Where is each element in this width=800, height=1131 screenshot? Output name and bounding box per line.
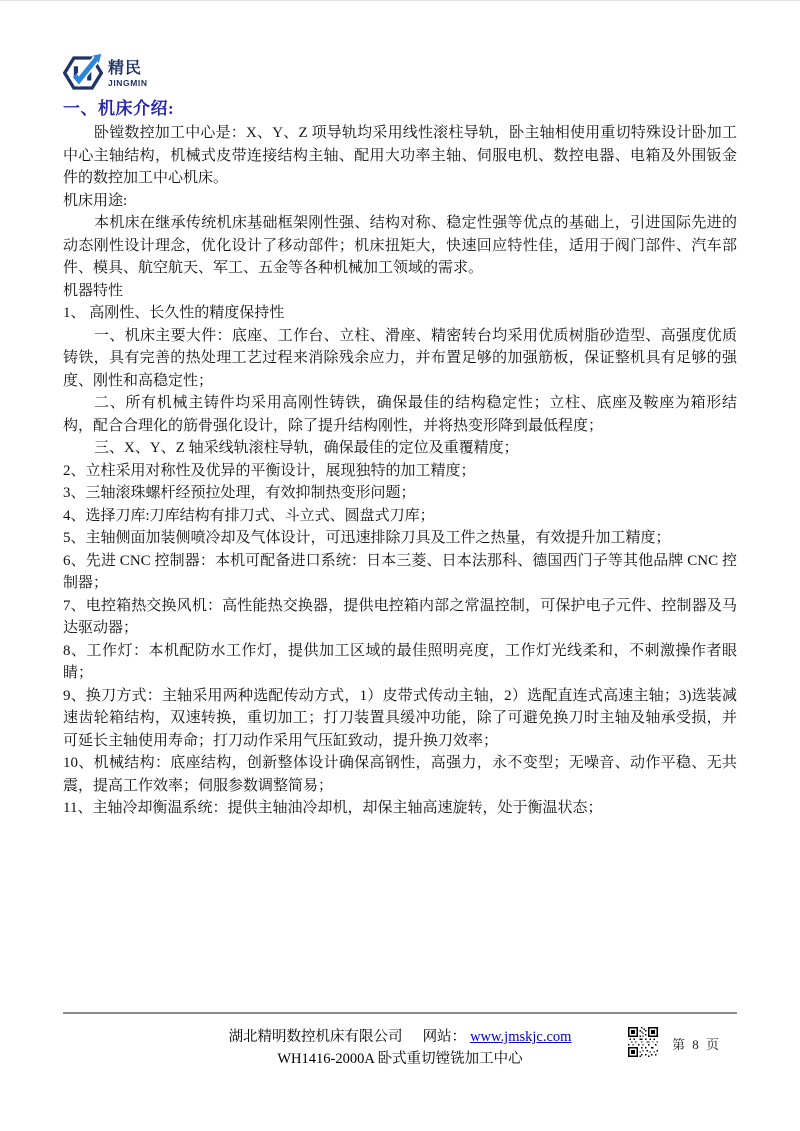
page-number: 第 8 页 (672, 1034, 721, 1053)
feature-item-3: 3、三轴滚珠螺杆经预拉处理，有效抑制热变形问题； (63, 482, 737, 505)
document-body: 卧镗数控加工中心是：X、Y、Z 项导轨均采用线性滚柱导轨，卧主轴相使用重切特殊设… (63, 122, 737, 820)
feature-item-10: 10、机械结构：底座结构，创新整体设计确保高钢性，高强力，永不变型；无噪音、动作… (63, 752, 737, 797)
feature-item-11: 11、主轴冷却衡温系统：提供主轴油冷却机，却保主轴高速旋转，处于衡温状态； (63, 797, 737, 820)
footer-company-name: 湖北精明数控机床有限公司 (229, 1029, 403, 1045)
feature-item-8: 8、工作灯：本机配防水工作灯，提供加工区域的最佳照明亮度，工作灯光线柔和，不刺激… (63, 640, 737, 685)
jingmin-hexagon-logo-icon (63, 53, 103, 93)
feature-item-7: 7、电控箱热交换风机：高性能热交换器，提供电控箱内部之常温控制，可保护电子元件、… (63, 595, 737, 640)
label-machine-usage: 机床用途: (63, 190, 737, 213)
section-heading: 一、机床介绍: (63, 94, 174, 119)
feature-item-9: 9、换刀方式：主轴采用两种选配传动方式，1）皮带式传动主轴，2）选配直连式高速主… (63, 685, 737, 753)
footer-website-link[interactable]: www.jmskjc.com (470, 1029, 571, 1045)
footer-website-label: 网站： (423, 1029, 467, 1045)
qr-code (628, 1027, 658, 1057)
footer-divider (63, 1012, 737, 1014)
brand-name-en: JINGMIN (108, 79, 148, 88)
feature-item-4: 4、选择刀库:刀库结构有排刀式、斗立式、圆盘式刀库； (63, 505, 737, 528)
feature-item-6: 6、先进 CNC 控制器：本机可配备进口系统：日本三菱、日本法那科、德国西门子等… (63, 550, 737, 595)
feature-sub-item-a: 一、机床主要大件：底座、工作台、立柱、滑座、精密转台均采用优质树脂砂造型、高强度… (63, 325, 737, 393)
paragraph-intro: 卧镗数控加工中心是：X、Y、Z 项导轨均采用线性滚柱导轨，卧主轴相使用重切特殊设… (63, 122, 737, 190)
document-page: 精民 JINGMIN 一、机床介绍: 卧镗数控加工中心是：X、Y、Z 项导轨均采… (0, 0, 800, 1131)
paragraph-usage: 本机床在继承传统机床基础框架刚性强、结构对称、稳定性强等优点的基础上，引进国际先… (63, 212, 737, 280)
company-logo: 精民 JINGMIN (63, 53, 148, 93)
feature-item-1: 1、 高刚性、长久性的精度保持性 (63, 302, 737, 325)
feature-sub-item-c: 三、X、Y、Z 轴采线轨滚柱导轨，确保最佳的定位及重覆精度； (63, 437, 737, 460)
feature-sub-item-b: 二、所有机械主铸件均采用高刚性铸铁，确保最佳的结构稳定性；立柱、底座及鞍座为箱形… (63, 392, 737, 437)
feature-item-5: 5、主轴侧面加装侧喷冷却及气体设计，可迅速排除刀具及工件之热量，有效提升加工精度… (63, 527, 737, 550)
brand-name-cn: 精民 (108, 61, 148, 77)
feature-item-2: 2、立柱采用对称性及优异的平衡设计，展现独特的加工精度； (63, 460, 737, 483)
label-machine-features: 机器特性 (63, 280, 737, 303)
